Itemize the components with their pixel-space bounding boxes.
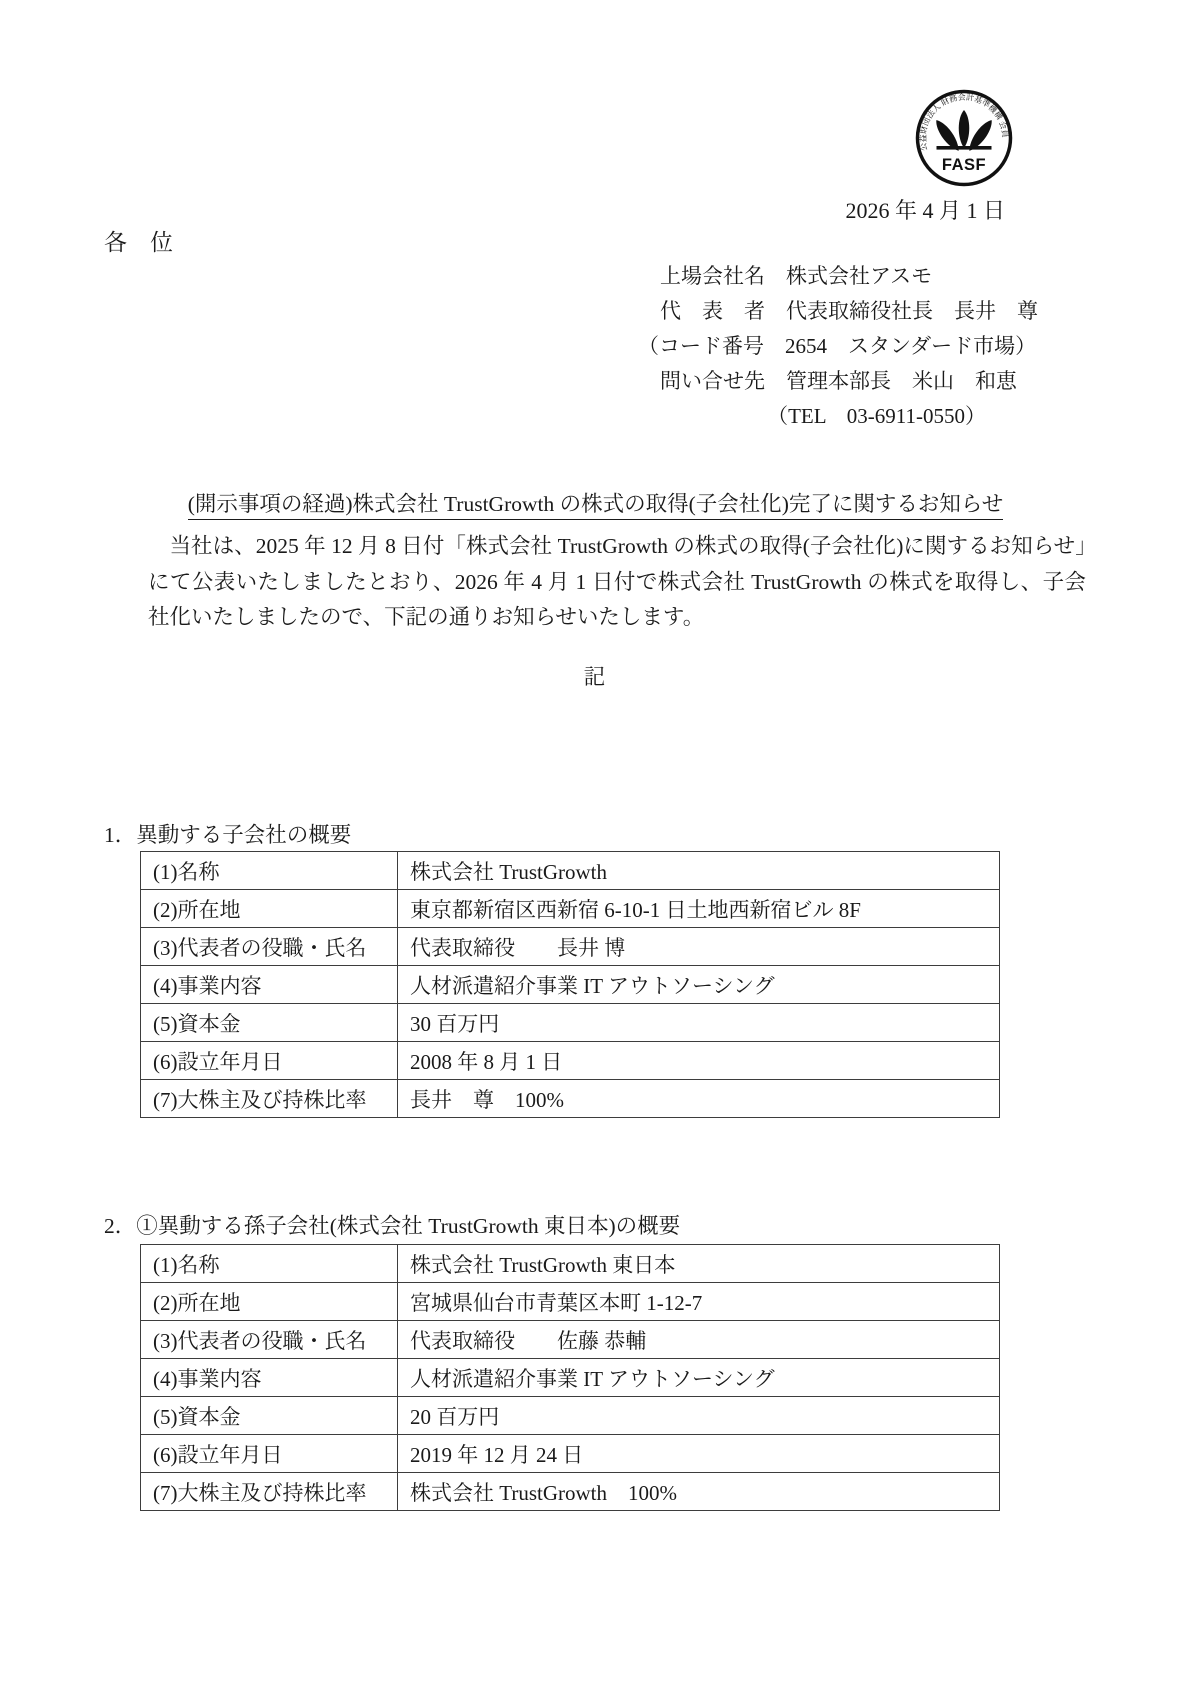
sub-subsidiary-overview-table: (1)名称 株式会社 TrustGrowth 東日本 (2)所在地 宮城県仙台市…: [140, 1244, 1000, 1511]
issuer-code-line: （コード番号 2654 スタンダード市場）: [638, 329, 992, 364]
table-row: (5)資本金 20 百万円: [141, 1397, 1000, 1435]
table-row: (2)所在地 宮城県仙台市青葉区本町 1-12-7: [141, 1283, 1000, 1321]
fasf-logo-icon: 公益財団法人 財務会計基準機構 会員 FASF: [914, 88, 1014, 188]
row-value: 宮城県仙台市青葉区本町 1-12-7: [398, 1283, 1000, 1321]
row-label: (1)名称: [141, 852, 398, 890]
row-label: (2)所在地: [141, 1283, 398, 1321]
table-row: (7)大株主及び持株比率 長井 尊 100%: [141, 1080, 1000, 1118]
issuer-company-line: 上場会社名 株式会社アスモ: [660, 259, 992, 294]
row-value: 30 百万円: [398, 1004, 1000, 1042]
row-label: (5)資本金: [141, 1397, 398, 1435]
issuer-representative-line: 代 表 者 代表取締役社長 長井 尊: [660, 294, 992, 329]
record-marker: 記: [0, 660, 1191, 691]
row-label: (3)代表者の役職・氏名: [141, 1321, 398, 1359]
row-label: (7)大株主及び持株比率: [141, 1080, 398, 1118]
section2-heading: 2．①異動する孫子会社(株式会社 TrustGrowth 東日本)の概要: [104, 1209, 680, 1240]
row-value: 代表取締役 長井 博: [398, 928, 1000, 966]
table-row: (2)所在地 東京都新宿区西新宿 6-10-1 日土地西新宿ビル 8F: [141, 890, 1000, 928]
issuer-contact-line: 問い合せ先 管理本部長 米山 和恵: [660, 364, 992, 399]
row-label: (6)設立年月日: [141, 1042, 398, 1080]
table-row: (7)大株主及び持株比率 株式会社 TrustGrowth 100%: [141, 1473, 1000, 1511]
issuer-block: 上場会社名 株式会社アスモ 代 表 者 代表取締役社長 長井 尊 （コード番号 …: [660, 259, 992, 434]
body-paragraph: 当社は、2025 年 12 月 8 日付「株式会社 TrustGrowth の株…: [148, 529, 1086, 636]
issuer-tel-line: （TEL 03-6911-0550）: [660, 399, 992, 434]
row-value: 長井 尊 100%: [398, 1080, 1000, 1118]
table-row: (4)事業内容 人材派遣紹介事業 IT アウトソーシング: [141, 966, 1000, 1004]
document-page: 公益財団法人 財務会計基準機構 会員 FASF 2026 年 4 月 1 日 各…: [0, 0, 1191, 1684]
row-value: 2019 年 12 月 24 日: [398, 1435, 1000, 1473]
row-value: 人材派遣紹介事業 IT アウトソーシング: [398, 966, 1000, 1004]
table-row: (6)設立年月日 2008 年 8 月 1 日: [141, 1042, 1000, 1080]
row-value: 人材派遣紹介事業 IT アウトソーシング: [398, 1359, 1000, 1397]
document-title: (開示事項の経過)株式会社 TrustGrowth の株式の取得(子会社化)完了…: [0, 487, 1191, 518]
table-row: (4)事業内容 人材派遣紹介事業 IT アウトソーシング: [141, 1359, 1000, 1397]
document-title-text: (開示事項の経過)株式会社 TrustGrowth の株式の取得(子会社化)完了…: [188, 492, 1004, 520]
row-value: 2008 年 8 月 1 日: [398, 1042, 1000, 1080]
row-label: (1)名称: [141, 1245, 398, 1283]
row-label: (4)事業内容: [141, 966, 398, 1004]
row-label: (3)代表者の役職・氏名: [141, 928, 398, 966]
subsidiary-overview-table: (1)名称 株式会社 TrustGrowth (2)所在地 東京都新宿区西新宿 …: [140, 851, 1000, 1118]
row-label: (6)設立年月日: [141, 1435, 398, 1473]
table-row: (1)名称 株式会社 TrustGrowth: [141, 852, 1000, 890]
fasf-logo: 公益財団法人 財務会計基準機構 会員 FASF: [914, 88, 1014, 188]
recipient-label: 各 位: [104, 224, 173, 257]
fasf-acronym: FASF: [942, 156, 986, 174]
row-value: 株式会社 TrustGrowth: [398, 852, 1000, 890]
document-date: 2026 年 4 月 1 日: [845, 194, 1005, 225]
section1-heading: 1．異動する子会社の概要: [104, 818, 351, 849]
row-label: (5)資本金: [141, 1004, 398, 1042]
table-row: (5)資本金 30 百万円: [141, 1004, 1000, 1042]
table-row: (1)名称 株式会社 TrustGrowth 東日本: [141, 1245, 1000, 1283]
row-value: 株式会社 TrustGrowth 東日本: [398, 1245, 1000, 1283]
row-value: 代表取締役 佐藤 恭輔: [398, 1321, 1000, 1359]
table-row: (6)設立年月日 2019 年 12 月 24 日: [141, 1435, 1000, 1473]
row-value: 20 百万円: [398, 1397, 1000, 1435]
row-value: 株式会社 TrustGrowth 100%: [398, 1473, 1000, 1511]
row-label: (7)大株主及び持株比率: [141, 1473, 398, 1511]
table-row: (3)代表者の役職・氏名 代表取締役 佐藤 恭輔: [141, 1321, 1000, 1359]
row-value: 東京都新宿区西新宿 6-10-1 日土地西新宿ビル 8F: [398, 890, 1000, 928]
row-label: (2)所在地: [141, 890, 398, 928]
row-label: (4)事業内容: [141, 1359, 398, 1397]
table-row: (3)代表者の役職・氏名 代表取締役 長井 博: [141, 928, 1000, 966]
